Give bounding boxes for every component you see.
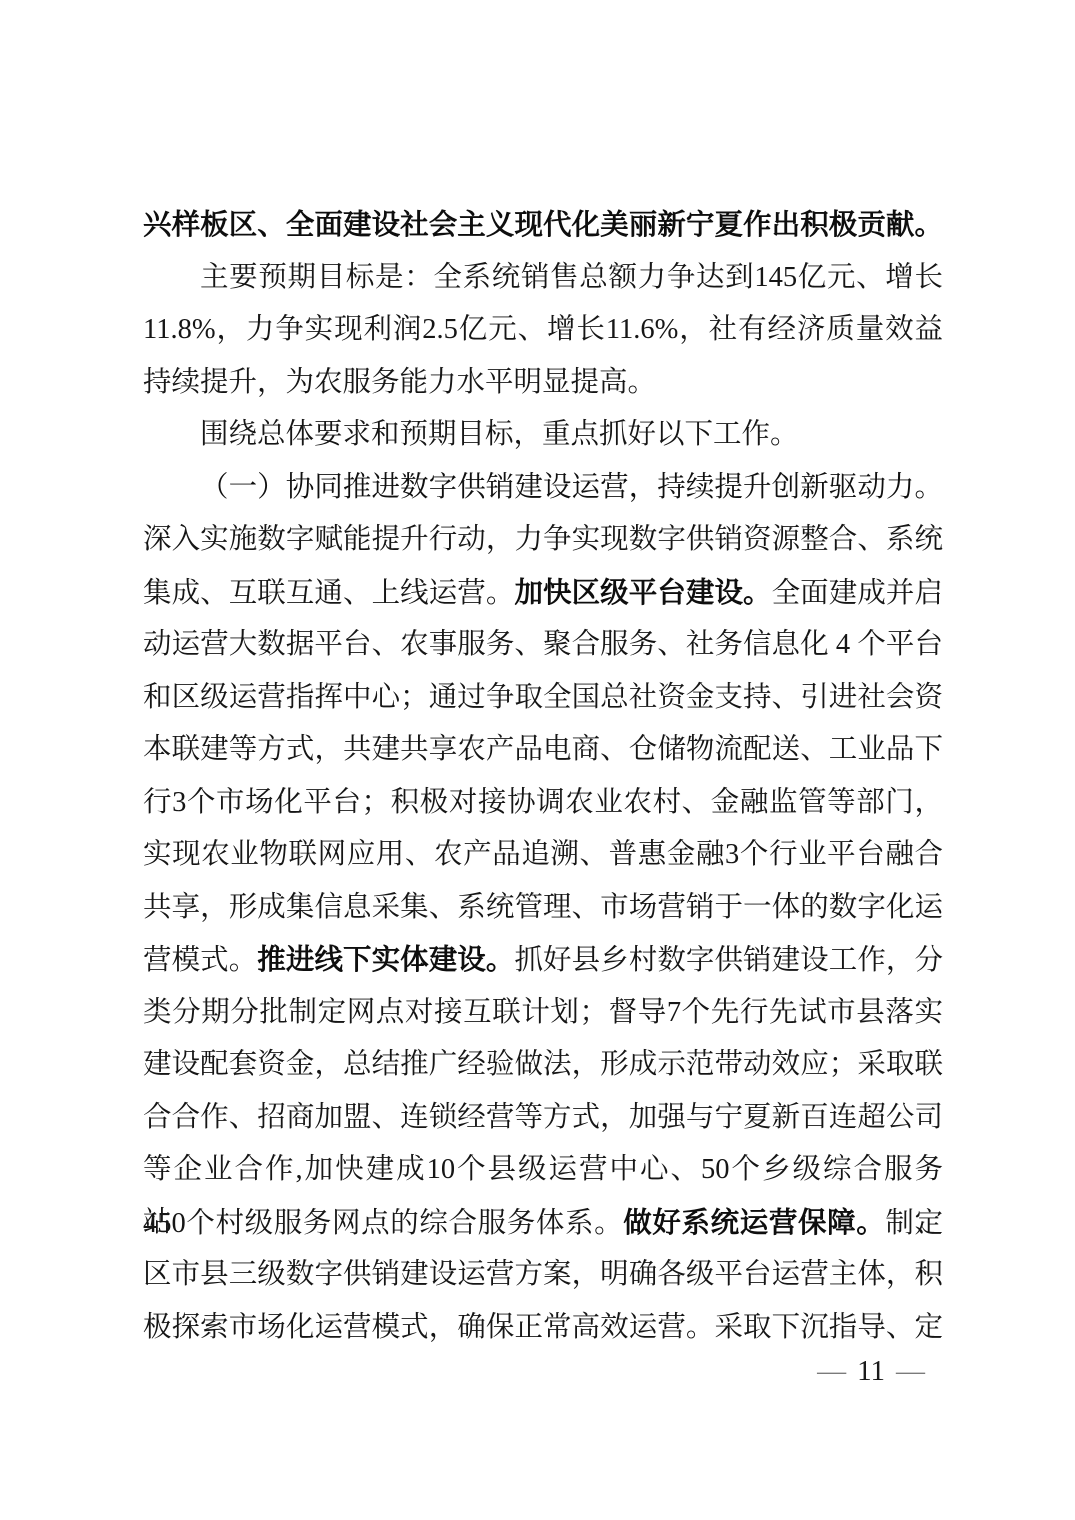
paragraph-line: 集成、互联互通、上线运营。加快区级平台建设。全面建成并启: [143, 567, 943, 620]
paragraph-line: 极探索市场化运营模式，确保正常高效运营。采取下沉指导、定: [143, 1302, 943, 1355]
paragraph-line: 行3个市场化平台；积极对接协调农业农村、金融监管等部门，: [143, 777, 943, 830]
paragraph-line: 深入实施数字赋能提升行动，力争实现数字供销资源整合、系统: [143, 514, 943, 567]
paragraph-text: 全面建成并启: [772, 578, 943, 609]
paragraph-line: 营模式。推进线下实体建设。抓好县乡村数字供销建设工作，分: [143, 934, 943, 987]
paragraph-line: 持续提升，为农服务能力水平明显提高。: [143, 357, 943, 410]
inline-bold-heading: 推进线下实体建设。: [257, 944, 514, 976]
page-number-value: 11: [857, 1351, 885, 1391]
paragraph-line: 建设配套资金，总结推广经验做法，形成示范带动效应；采取联: [143, 1039, 943, 1092]
paragraph-text: 抓好县乡村数字供销建设工作，分: [514, 945, 943, 976]
paragraph-text: 营模式。: [143, 945, 257, 976]
paragraph-line: 本联建等方式，共建共享农产品电商、仓储物流配送、工业品下: [143, 724, 943, 777]
paragraph-text: 450个村级服务网点的综合服务体系。: [143, 1208, 623, 1239]
continuation-heading-line: 兴样板区、全面建设社会主义现代化美丽新宁夏作出积极贡献。: [143, 199, 943, 252]
inline-bold-heading: 加快区级平台建设。: [514, 577, 771, 609]
paragraph-line: 实现农业物联网应用、农产品追溯、普惠金融3个行业平台融合: [143, 829, 943, 882]
inline-bold-heading: 做好系统运营保障。: [623, 1207, 885, 1239]
document-body: 兴样板区、全面建设社会主义现代化美丽新宁夏作出积极贡献。 主要预期目标是：全系统…: [143, 199, 943, 1354]
paragraph-line: 11.8%，力争实现利润2.5亿元、增长11.6%，社有经济质量效益: [143, 304, 943, 357]
paragraph-line: 共享，形成集信息采集、系统管理、市场营销于一体的数字化运: [143, 882, 943, 935]
page-number-dash-left: —: [817, 1351, 846, 1391]
paragraph-line: 类分期分批制定网点对接互联计划；督导7个先行先试市县落实: [143, 987, 943, 1040]
paragraph-line: 和区级运营指挥中心；通过争取全国总社资金支持、引进社会资: [143, 672, 943, 725]
paragraph-line: 围绕总体要求和预期目标，重点抓好以下工作。: [143, 409, 943, 462]
paragraph-line: 合合作、招商加盟、连锁经营等方式，加强与宁夏新百连超公司: [143, 1092, 943, 1145]
document-page: { "colors": { "page_background": "#fffff…: [0, 0, 1075, 1520]
page-number-dash-right: —: [896, 1351, 925, 1391]
paragraph-line: 主要预期目标是：全系统销售总额力争达到145亿元、增长: [143, 252, 943, 305]
paragraph-line: 等企业合作,加快建成10个县级运营中心、50个乡级综合服务站、: [143, 1144, 943, 1197]
paragraph-line: 区市县三级数字供销建设运营方案，明确各级平台运营主体，积: [143, 1249, 943, 1302]
paragraph-line: 450个村级服务网点的综合服务体系。做好系统运营保障。制定: [143, 1197, 943, 1250]
page-number: — 11 —: [817, 1351, 925, 1391]
paragraph-text: 制定: [885, 1208, 943, 1239]
section-heading-line: （一）协同推进数字供销建设运营，持续提升创新驱动力。: [143, 462, 943, 515]
paragraph-line: 动运营大数据平台、农事服务、聚合服务、社务信息化 4 个平台: [143, 619, 943, 672]
paragraph-text: 集成、互联互通、上线运营。: [143, 578, 514, 609]
